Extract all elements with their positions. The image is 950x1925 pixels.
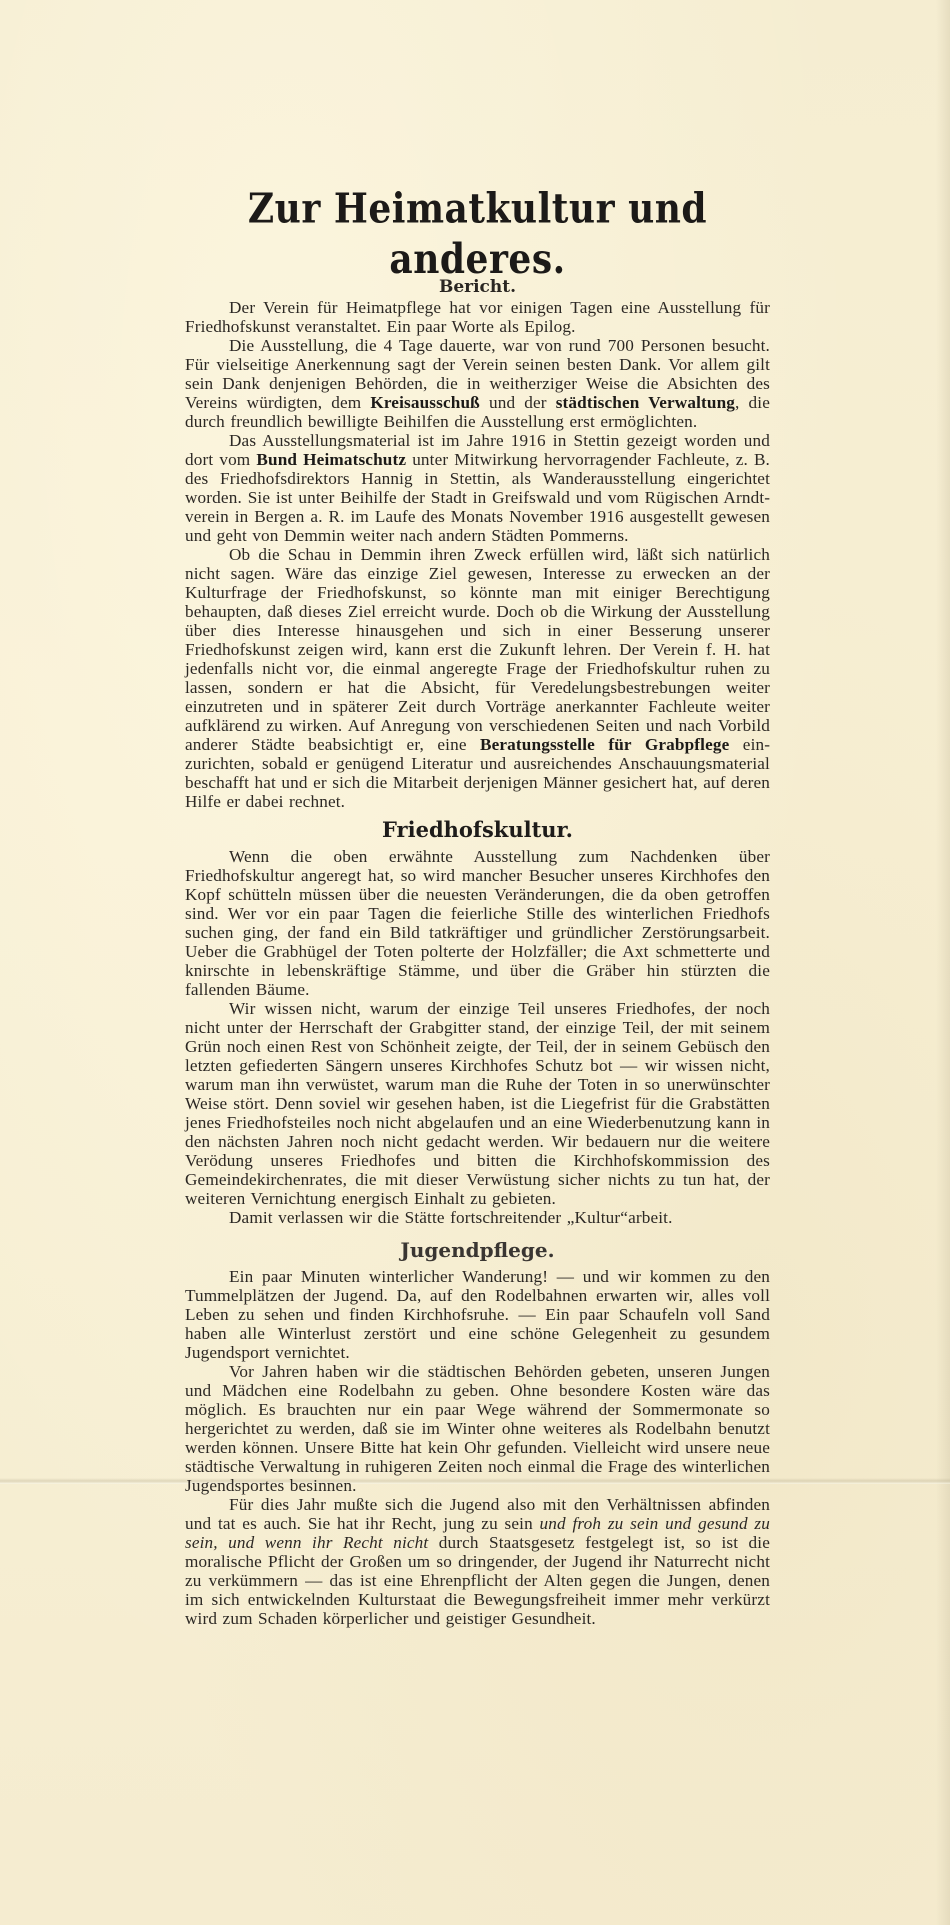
paragraph: Damit verlassen wir die Stätte fortschre…: [185, 1208, 770, 1227]
paragraph: Ob die Schau in Demmin ihren Zweck erfül…: [185, 545, 770, 811]
emphasized-text: Bund Heimatschutz: [256, 450, 406, 469]
text-run: Vor Jahren haben wir die städtischen Beh…: [185, 1362, 770, 1495]
emphasized-text: Beratungsstelle für Grabpflege: [480, 735, 729, 754]
paragraph: Das Ausstellungsmaterial ist im Jahre 19…: [185, 431, 770, 545]
text-run: Ob die Schau in Demmin ihren Zweck erfül…: [185, 545, 770, 754]
text-run: Der Verein für Heimatpflege hat vor eini…: [185, 298, 770, 336]
text-run: Damit verlassen wir die Stätte fortschre…: [229, 1208, 673, 1227]
paragraph: Der Verein für Heimatpflege hat vor eini…: [185, 298, 770, 336]
section-heading: Friedhofskultur.: [185, 815, 770, 845]
text-run: Wir wissen nicht, warum der einzige Teil…: [185, 999, 770, 1208]
paragraph: Wir wissen nicht, warum der einzige Teil…: [185, 999, 770, 1208]
paragraph: Die Ausstellung, die 4 Tage dauerte, war…: [185, 336, 770, 431]
article-section: Jugendpflege.Ein paar Minuten winterlich…: [185, 1235, 770, 1628]
emphasized-text: Kreisausschuß: [370, 393, 480, 412]
article-section: Friedhofskultur.Wenn die oben erwähnte A…: [185, 815, 770, 1227]
text-run: und der: [480, 393, 556, 412]
emphasized-text: städtischen Verwaltung: [556, 393, 735, 412]
article-section: Der Verein für Heimatpflege hat vor eini…: [185, 298, 770, 811]
newspaper-article: Zur Heimatkultur und anderes. Bericht. D…: [185, 190, 770, 1628]
paper-edge: [936, 0, 950, 1925]
section-heading: Jugendpflege.: [185, 1235, 770, 1265]
text-run: Wenn die oben erwähnte Ausstellung zum N…: [185, 847, 770, 999]
article-title: Zur Heimatkultur und anderes.: [185, 183, 770, 284]
paragraph: Wenn die oben erwähnte Ausstellung zum N…: [185, 847, 770, 999]
paragraph: Ein paar Minuten winterlicher Wanderung!…: [185, 1267, 770, 1362]
paragraph: Für dies Jahr mußte sich die Jugend also…: [185, 1495, 770, 1628]
paragraph: Vor Jahren haben wir die städtischen Beh…: [185, 1362, 770, 1495]
text-run: Ein paar Minuten winterlicher Wanderung!…: [185, 1267, 770, 1362]
article-body: Der Verein für Heimatpflege hat vor eini…: [185, 298, 770, 1628]
